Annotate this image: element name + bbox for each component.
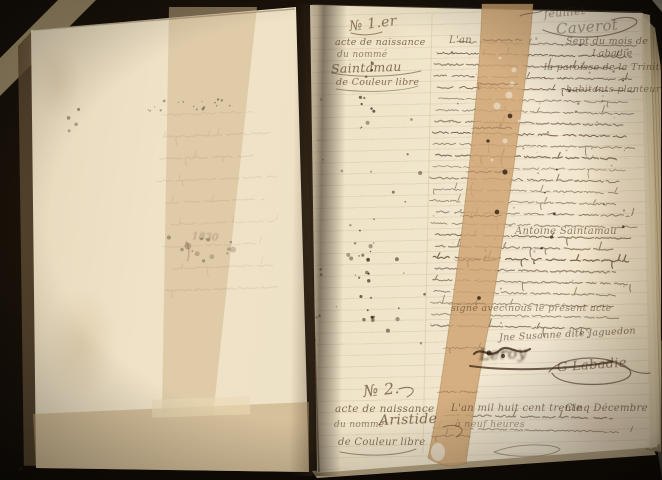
act2-opening-fragment: L'an mil huit cent trente [451, 403, 582, 414]
act1-opening-fragment: L'an [449, 35, 472, 46]
act1-name-fragment: Antoine Saintamau [515, 226, 617, 237]
act2-margin-number: № 2. [362, 378, 400, 401]
left-page-showthrough [66, 96, 280, 301]
declarant-signature: Leroy [479, 343, 528, 364]
left-page-faint-note: 1830 [192, 231, 219, 243]
act1-parish-fragment: la paroisse de la Trinité [544, 62, 662, 73]
act2-margin-du-nomme: du nommé [334, 420, 384, 430]
act1-officer-fragment: Labadie [592, 48, 633, 59]
act1-margin-name: Saintamau [331, 59, 402, 76]
act1-margin-title: acte de naissance [335, 37, 426, 48]
act1-margin-status: de Couleur libre [336, 77, 419, 88]
act2-margin-name: Aristide [379, 411, 438, 429]
act1-date-fragment: Sept du mois de [566, 36, 648, 47]
act2-date-fragment: Cinq Décembre [565, 403, 648, 414]
act2-time-fragment: à neuf heures [455, 419, 525, 430]
act1-resident-fragment: habitants planteurs [566, 84, 662, 95]
act1-closing-fragment: signé avec nous le présent acte [451, 303, 612, 314]
scanned-register-photo: feuillet Caverot № 1.er acte de naissanc… [0, 0, 662, 480]
act2-margin-status: de Couleur libre [338, 437, 425, 448]
